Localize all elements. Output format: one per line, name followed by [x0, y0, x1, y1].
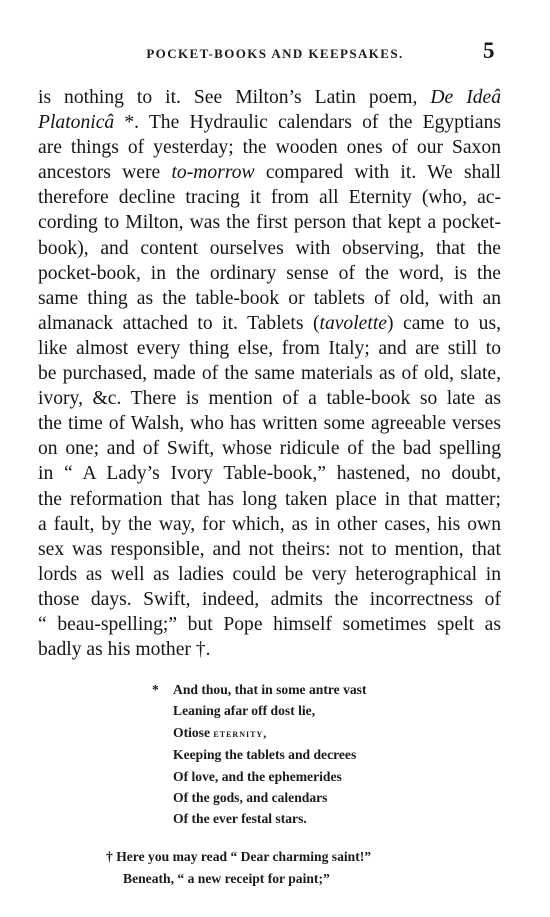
footnote-verse: *And thou, that in some antre vast Leani… [150, 679, 450, 830]
page-number: 5 [483, 38, 495, 64]
body-paragraph: is nothing to it. See Milton’s Latin poe… [38, 85, 501, 662]
text-line: like almost every thing else, from Italy… [38, 336, 501, 361]
footnote-line: † Here you may read “ Dear charming sain… [106, 846, 426, 868]
text-line: “ beau-spelling;” but Pope himself somet… [38, 612, 501, 637]
text-line: same thing as the table-book or tablets … [38, 286, 501, 311]
asterisk-marker: * [152, 679, 159, 700]
text-line: ancestors were to-morrow compared with i… [38, 160, 501, 185]
text-line: lords as well as ladies could be very he… [38, 562, 501, 587]
text-line: are things of yesterday; the wooden ones… [38, 135, 501, 160]
text-line: badly as his mother †. [38, 637, 501, 662]
footnote-line: Otiose eternity, [150, 722, 450, 744]
footnote-line: Of love, and the ephemerides [150, 766, 450, 787]
text-line: is nothing to it. See Milton’s Latin poe… [38, 85, 501, 110]
running-title: POCKET-BOOKS AND KEEPSAKES. [130, 46, 420, 62]
text-line: cording to Milton, was the first person … [38, 210, 501, 235]
text-line: be purchased, made of the same materials… [38, 361, 501, 386]
footnote-dagger: † Here you may read “ Dear charming sain… [106, 846, 426, 890]
footnote-line: Of the gods, and calendars [150, 787, 450, 808]
book-page: POCKET-BOOKS AND KEEPSAKES. 5 is nothing… [0, 0, 550, 917]
text-line: therefore decline tracing it from all Et… [38, 185, 501, 210]
footnote-line: Of the ever festal stars. [150, 808, 450, 829]
footnote-line: *And thou, that in some antre vast [150, 679, 450, 700]
text-line: almanack attached to it. Tablets (tavole… [38, 311, 501, 336]
text-line: pocket-book, in the ordinary sense of th… [38, 261, 501, 286]
text-line: a fault, by the way, for which, as in ot… [38, 512, 501, 537]
text-line: on one; and of Swift, whose ridicule of … [38, 436, 501, 461]
text-line: the time of Walsh, who has written some … [38, 411, 501, 436]
footnote-line: Leaning afar off dost lie, [150, 700, 450, 721]
dagger-marker: † [106, 849, 113, 864]
footnote-line: Beneath, “ a new receipt for paint;” [106, 868, 426, 890]
text-line: the reformation that has long taken plac… [38, 487, 501, 512]
footnote-line: Keeping the tablets and decrees [150, 744, 450, 765]
text-line: Platonicâ *. The Hydraulic calendars of … [38, 110, 501, 135]
text-line: ivory, &c. There is mention of a table-b… [38, 386, 501, 411]
text-line: book), and content ourselves with observ… [38, 236, 501, 261]
text-line: those days. Swift, indeed, admits the in… [38, 587, 501, 612]
text-line: sex was responsible, and not theirs: not… [38, 537, 501, 562]
text-line: in “ A Lady’s Ivory Table-book,” hastene… [38, 461, 501, 486]
